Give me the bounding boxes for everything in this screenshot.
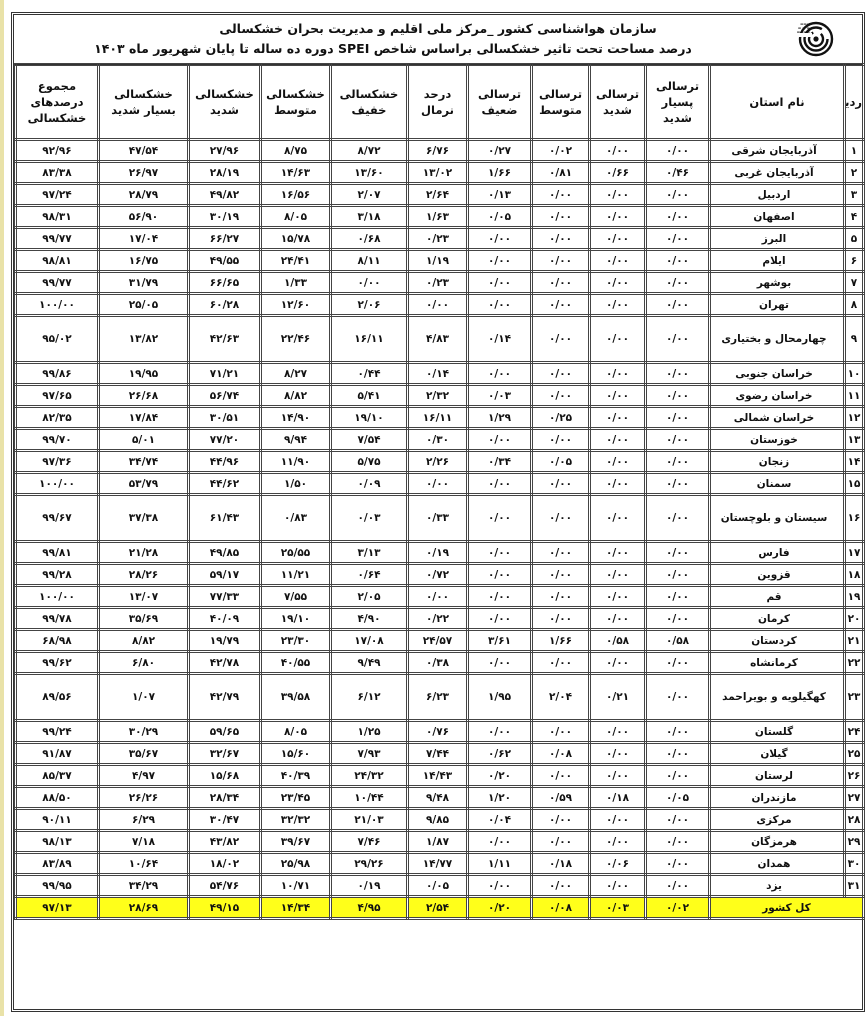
col-moderate-wet-cell: ۰/۰۰ (532, 652, 590, 674)
col-total-drought-cell: ۹۹/۷۷ (16, 272, 99, 294)
col-normal-cell: ۰/۰۰ (408, 586, 468, 608)
col-very-severe-wet-cell: ۰/۰۰ (646, 206, 710, 228)
col-severe-wet-cell: ۰/۰۶ (590, 853, 646, 875)
col-total-drought-cell: ۸۵/۳۷ (16, 765, 99, 787)
table-row: ۱۷فارس۰/۰۰۰/۰۰۰/۰۰۰/۰۰۰/۱۹۳/۱۳۲۵/۵۵۴۹/۸۵… (16, 542, 864, 564)
col-very-severe-drought-cell: ۱۳/۰۷ (99, 586, 189, 608)
col-moderate-drought-cell: ۱۰/۷۱ (261, 875, 331, 897)
province-name: گلستان (710, 721, 845, 743)
col-moderate-wet-cell: ۰/۰۰ (532, 721, 590, 743)
table-row: ۲۷مازندران۰/۰۵۰/۱۸۰/۵۹۱/۲۰۹/۴۸۱۰/۴۴۲۳/۴۵… (16, 787, 864, 809)
col-normal-cell: ۴/۸۳ (408, 316, 468, 363)
col-severe-wet-cell: ۰/۲۱ (590, 674, 646, 721)
col-moderate-wet-cell: ۰/۰۰ (532, 875, 590, 897)
col-moderate-drought-cell: ۳۲/۳۲ (261, 809, 331, 831)
col-total-drought-header: مجموع درصدهای خشکسالی (16, 65, 99, 140)
col-moderate-drought-cell: ۱۱/۹۰ (261, 451, 331, 473)
col-moderate-wet-cell: ۰/۰۰ (532, 206, 590, 228)
col-normal-cell: ۰/۳۳ (408, 495, 468, 542)
col-very-severe-drought-cell: ۴/۹۷ (99, 765, 189, 787)
col-severe-wet-cell: ۰/۰۰ (590, 652, 646, 674)
province-name: گیلان (710, 743, 845, 765)
table-row: ۲۴گلستان۰/۰۰۰/۰۰۰/۰۰۰/۰۰۰/۷۶۱/۲۵۸/۰۵۵۹/۶… (16, 721, 864, 743)
col-very-severe-drought-cell: ۳۷/۳۸ (99, 495, 189, 542)
col-severe-drought-cell: ۳۰/۴۷ (189, 809, 261, 831)
col-severe-drought-cell: ۶۰/۲۸ (189, 294, 261, 316)
col-mild-drought-total-cell: ۴/۹۵ (331, 897, 408, 919)
col-severe-drought-cell: ۵۴/۷۶ (189, 875, 261, 897)
col-mild-drought-cell: ۱۰/۴۴ (331, 787, 408, 809)
col-weak-wet-cell: ۰/۳۴ (468, 451, 532, 473)
col-normal-cell: ۰/۰۵ (408, 875, 468, 897)
col-moderate-wet-cell: ۰/۰۰ (532, 316, 590, 363)
col-very-severe-drought-cell: ۶/۸۰ (99, 652, 189, 674)
col-very-severe-wet-cell: ۰/۰۰ (646, 473, 710, 495)
col-severe-drought-cell: ۲۸/۱۹ (189, 162, 261, 184)
col-mild-drought-cell: ۰/۴۴ (331, 363, 408, 385)
col-very-severe-wet-cell: ۰/۰۰ (646, 451, 710, 473)
col-very-severe-wet-cell: ۰/۰۰ (646, 250, 710, 272)
table-row: ۵البرز۰/۰۰۰/۰۰۰/۰۰۰/۰۰۰/۲۳۰/۶۸۱۵/۷۸۶۶/۲۷… (16, 228, 864, 250)
province-name: کهگیلویه و بویراحمد (710, 674, 845, 721)
col-mild-drought-cell: ۶/۱۲ (331, 674, 408, 721)
col-total-drought-cell: ۹۹/۸۶ (16, 363, 99, 385)
col-severe-wet-cell: ۰/۰۰ (590, 385, 646, 407)
col-moderate-wet-cell: ۰/۰۰ (532, 586, 590, 608)
drought-table: ردیفنام استانترسالی پسیار شدیدترسالی شدی… (14, 63, 865, 920)
row-number: ۱۱ (845, 385, 864, 407)
col-very-severe-drought-cell: ۳۴/۲۹ (99, 875, 189, 897)
col-weak-wet-cell: ۰/۰۰ (468, 652, 532, 674)
province-name: تهران (710, 294, 845, 316)
col-severe-wet-cell: ۰/۰۰ (590, 831, 646, 853)
col-severe-drought-cell: ۴۲/۷۸ (189, 652, 261, 674)
col-normal-cell: ۰/۷۶ (408, 721, 468, 743)
col-total-drought-total-cell: ۹۷/۱۳ (16, 897, 99, 919)
row-number: ۲۶ (845, 765, 864, 787)
col-row-number-header: ردیف (845, 65, 864, 140)
col-very-severe-drought-cell: ۶/۲۹ (99, 809, 189, 831)
organization-title: سازمان هواشناسی کشور _مرکز ملی اقلیم و م… (14, 21, 862, 36)
col-very-severe-drought-cell: ۳۰/۲۹ (99, 721, 189, 743)
col-normal-cell: ۱۴/۷۷ (408, 853, 468, 875)
table-row: ۱۲خراسان شمالی۰/۰۰۰/۰۰۰/۲۵۱/۲۹۱۶/۱۱۱۹/۱۰… (16, 407, 864, 429)
col-total-drought-cell: ۹۲/۹۶ (16, 140, 99, 162)
national-total-row: کل کشور۰/۰۲۰/۰۳۰/۰۸۰/۲۰۲/۵۴۴/۹۵۱۴/۳۴۴۹/۱… (16, 897, 864, 919)
col-very-severe-wet-cell: ۰/۰۰ (646, 542, 710, 564)
row-number: ۲۱ (845, 630, 864, 652)
col-total-drought-cell: ۹۷/۲۴ (16, 184, 99, 206)
col-normal-cell: ۰/۳۰ (408, 429, 468, 451)
col-moderate-wet-cell: ۰/۸۱ (532, 162, 590, 184)
col-normal-cell: ۱۳/۰۲ (408, 162, 468, 184)
report-subtitle: درصد مساحت تحت تاثیر خشکسالی براساس شاخص… (14, 41, 772, 56)
col-moderate-drought-cell: ۱۲/۶۰ (261, 294, 331, 316)
col-mild-drought-cell: ۷/۵۴ (331, 429, 408, 451)
col-very-severe-drought-cell: ۳۴/۷۴ (99, 451, 189, 473)
table-row: ۲۶لرستان۰/۰۰۰/۰۰۰/۰۰۰/۲۰۱۴/۴۳۲۴/۳۲۴۰/۳۹۱… (16, 765, 864, 787)
province-name: خوزستان (710, 429, 845, 451)
col-weak-wet-cell: ۰/۰۰ (468, 250, 532, 272)
col-moderate-wet-cell: ۰/۰۰ (532, 542, 590, 564)
col-moderate-drought-cell: ۸/۸۲ (261, 385, 331, 407)
province-name: مرکزی (710, 809, 845, 831)
col-normal-total-cell: ۲/۵۴ (408, 897, 468, 919)
col-total-drought-cell: ۹۷/۶۵ (16, 385, 99, 407)
col-moderate-drought-cell: ۳۹/۶۷ (261, 831, 331, 853)
col-moderate-drought-cell: ۸/۰۵ (261, 206, 331, 228)
col-severe-wet-cell: ۰/۰۰ (590, 809, 646, 831)
col-severe-drought-cell: ۳۰/۱۹ (189, 206, 261, 228)
table-row: ۱۹قم۰/۰۰۰/۰۰۰/۰۰۰/۰۰۰/۰۰۲/۰۵۷/۵۵۷۷/۳۳۱۳/… (16, 586, 864, 608)
province-name: سیستان و بلوچستان (710, 495, 845, 542)
col-very-severe-drought-cell: ۳۵/۶۷ (99, 743, 189, 765)
col-very-severe-drought-total-cell: ۲۸/۶۹ (99, 897, 189, 919)
row-number: ۱۶ (845, 495, 864, 542)
col-severe-wet-cell: ۰/۰۰ (590, 608, 646, 630)
col-total-drought-cell: ۶۸/۹۸ (16, 630, 99, 652)
col-moderate-wet-cell: ۰/۰۰ (532, 495, 590, 542)
col-severe-drought-cell: ۴۹/۵۵ (189, 250, 261, 272)
province-name: کردستان (710, 630, 845, 652)
col-normal-cell: ۰/۲۲ (408, 608, 468, 630)
col-mild-drought-cell: ۰/۰۳ (331, 495, 408, 542)
col-normal-cell: ۰/۳۸ (408, 652, 468, 674)
table-row: ۹چهارمحال و بختیاری۰/۰۰۰/۰۰۰/۰۰۰/۱۴۴/۸۳۱… (16, 316, 864, 363)
province-name: زنجان (710, 451, 845, 473)
col-normal-cell: ۹/۸۵ (408, 809, 468, 831)
col-weak-wet-cell: ۱/۶۶ (468, 162, 532, 184)
col-weak-wet-cell: ۰/۰۰ (468, 473, 532, 495)
col-weak-wet-cell: ۰/۶۲ (468, 743, 532, 765)
table-row: ۱۴زنجان۰/۰۰۰/۰۰۰/۰۵۰/۳۴۲/۲۶۵/۷۵۱۱/۹۰۴۴/۹… (16, 451, 864, 473)
col-very-severe-drought-cell: ۱۰/۶۴ (99, 853, 189, 875)
table-row: ۲۳کهگیلویه و بویراحمد۰/۰۰۰/۲۱۲/۰۴۱/۹۵۶/۲… (16, 674, 864, 721)
col-mild-drought-cell: ۰/۰۹ (331, 473, 408, 495)
table-row: ۶ایلام۰/۰۰۰/۰۰۰/۰۰۰/۰۰۱/۱۹۸/۱۱۲۴/۴۱۴۹/۵۵… (16, 250, 864, 272)
table-row: ۲۰کرمان۰/۰۰۰/۰۰۰/۰۰۰/۰۰۰/۲۲۴/۹۰۱۹/۱۰۴۰/۰… (16, 608, 864, 630)
col-moderate-drought-cell: ۲۴/۴۱ (261, 250, 331, 272)
province-name: ایلام (710, 250, 845, 272)
table-row: ۱۵سمنان۰/۰۰۰/۰۰۰/۰۰۰/۰۰۰/۰۰۰/۰۹۱/۵۰۴۴/۶۲… (16, 473, 864, 495)
col-normal-cell: ۰/۱۹ (408, 542, 468, 564)
col-total-drought-cell: ۱۰۰/۰۰ (16, 586, 99, 608)
col-moderate-drought-cell: ۱/۳۳ (261, 272, 331, 294)
col-severe-drought-total-cell: ۴۹/۱۵ (189, 897, 261, 919)
col-severe-wet-cell: ۰/۰۰ (590, 140, 646, 162)
row-number: ۲۰ (845, 608, 864, 630)
col-total-drought-cell: ۹۱/۸۷ (16, 743, 99, 765)
province-name: لرستان (710, 765, 845, 787)
col-very-severe-wet-cell: ۰/۰۰ (646, 831, 710, 853)
col-very-severe-drought-cell: ۱۹/۹۵ (99, 363, 189, 385)
col-normal-cell: ۰/۱۴ (408, 363, 468, 385)
col-weak-wet-cell: ۰/۰۰ (468, 495, 532, 542)
col-moderate-drought-cell: ۱۴/۹۰ (261, 407, 331, 429)
col-very-severe-wet-cell: ۰/۰۰ (646, 674, 710, 721)
province-name: هرمزگان (710, 831, 845, 853)
col-mild-drought-cell: ۲۱/۰۳ (331, 809, 408, 831)
col-normal-cell: ۲/۳۲ (408, 385, 468, 407)
col-total-drought-cell: ۸۲/۳۵ (16, 407, 99, 429)
col-moderate-drought-total-cell: ۱۴/۳۴ (261, 897, 331, 919)
col-total-drought-cell: ۹۹/۶۷ (16, 495, 99, 542)
col-very-severe-drought-header: خشکسالی بسیار شدید (99, 65, 189, 140)
province-name: خراسان شمالی (710, 407, 845, 429)
col-very-severe-drought-cell: ۲۵/۰۵ (99, 294, 189, 316)
table-row: ۷بوشهر۰/۰۰۰/۰۰۰/۰۰۰/۰۰۰/۲۳۰/۰۰۱/۳۳۶۶/۶۵۳… (16, 272, 864, 294)
col-severe-drought-cell: ۲۸/۳۴ (189, 787, 261, 809)
col-mild-drought-cell: ۲/۰۵ (331, 586, 408, 608)
col-weak-wet-cell: ۱/۲۹ (468, 407, 532, 429)
col-moderate-wet-cell: ۰/۵۹ (532, 787, 590, 809)
col-total-drought-cell: ۸۳/۳۸ (16, 162, 99, 184)
col-weak-wet-cell: ۱/۲۰ (468, 787, 532, 809)
col-normal-cell: ۷/۴۴ (408, 743, 468, 765)
col-moderate-drought-cell: ۱۹/۱۰ (261, 608, 331, 630)
col-normal-cell: ۱۶/۱۱ (408, 407, 468, 429)
col-moderate-wet-cell: ۱/۶۶ (532, 630, 590, 652)
col-severe-wet-cell: ۰/۰۰ (590, 407, 646, 429)
col-mild-drought-cell: ۵/۷۵ (331, 451, 408, 473)
col-severe-drought-cell: ۴۴/۹۶ (189, 451, 261, 473)
table-header-row: ردیفنام استانترسالی پسیار شدیدترسالی شدی… (16, 65, 864, 140)
row-number: ۷ (845, 272, 864, 294)
col-severe-wet-cell: ۰/۰۰ (590, 250, 646, 272)
col-weak-wet-total-cell: ۰/۲۰ (468, 897, 532, 919)
col-severe-wet-cell: ۰/۰۰ (590, 228, 646, 250)
col-normal-cell: ۲/۲۶ (408, 451, 468, 473)
col-very-severe-drought-cell: ۲۶/۹۷ (99, 162, 189, 184)
province-name: البرز (710, 228, 845, 250)
row-number: ۱۸ (845, 564, 864, 586)
province-name: خراسان جنوبی (710, 363, 845, 385)
col-severe-wet-cell: ۰/۱۸ (590, 787, 646, 809)
col-severe-drought-cell: ۶۶/۶۵ (189, 272, 261, 294)
col-moderate-wet-cell: ۰/۰۰ (532, 184, 590, 206)
col-mild-drought-cell: ۰/۶۴ (331, 564, 408, 586)
col-very-severe-wet-cell: ۰/۰۰ (646, 272, 710, 294)
col-weak-wet-cell: ۰/۱۳ (468, 184, 532, 206)
col-severe-drought-cell: ۷۱/۲۱ (189, 363, 261, 385)
col-mild-drought-cell: ۳/۱۳ (331, 542, 408, 564)
col-mild-drought-cell: ۸/۷۲ (331, 140, 408, 162)
col-normal-cell: ۰/۷۲ (408, 564, 468, 586)
col-normal-cell: ۰/۲۳ (408, 228, 468, 250)
col-normal-cell: ۶/۲۳ (408, 674, 468, 721)
col-moderate-wet-cell: ۰/۱۸ (532, 853, 590, 875)
row-number: ۱۵ (845, 473, 864, 495)
col-mild-drought-cell: ۸/۱۱ (331, 250, 408, 272)
col-very-severe-wet-cell: ۰/۰۰ (646, 608, 710, 630)
col-moderate-wet-cell: ۰/۰۰ (532, 473, 590, 495)
col-mild-drought-cell: ۲۴/۳۲ (331, 765, 408, 787)
col-mild-drought-cell: ۱۹/۱۰ (331, 407, 408, 429)
row-number: ۳۱ (845, 875, 864, 897)
col-total-drought-cell: ۹۰/۱۱ (16, 809, 99, 831)
col-very-severe-drought-cell: ۴۷/۵۴ (99, 140, 189, 162)
col-mild-drought-cell: ۳/۱۸ (331, 206, 408, 228)
col-very-severe-wet-cell: ۰/۰۰ (646, 809, 710, 831)
col-weak-wet-cell: ۳/۶۱ (468, 630, 532, 652)
col-moderate-wet-cell: ۲/۰۴ (532, 674, 590, 721)
col-normal-cell: ۰/۰۰ (408, 294, 468, 316)
col-severe-drought-cell: ۴۰/۰۹ (189, 608, 261, 630)
col-moderate-drought-cell: ۱/۵۰ (261, 473, 331, 495)
col-weak-wet-cell: ۰/۰۴ (468, 809, 532, 831)
table-row: ۱۸قزوین۰/۰۰۰/۰۰۰/۰۰۰/۰۰۰/۷۲۰/۶۴۱۱/۲۱۵۹/۱… (16, 564, 864, 586)
row-number: ۱۳ (845, 429, 864, 451)
col-severe-wet-cell: ۰/۵۸ (590, 630, 646, 652)
col-moderate-wet-cell: ۰/۰۰ (532, 765, 590, 787)
col-weak-wet-cell: ۰/۰۰ (468, 294, 532, 316)
col-severe-wet-cell: ۰/۰۰ (590, 586, 646, 608)
col-severe-drought-cell: ۲۷/۹۶ (189, 140, 261, 162)
table-row: ۴اصفهان۰/۰۰۰/۰۰۰/۰۰۰/۰۵۱/۶۳۳/۱۸۸/۰۵۳۰/۱۹… (16, 206, 864, 228)
col-mild-drought-cell: ۱۷/۰۸ (331, 630, 408, 652)
col-severe-wet-cell: ۰/۰۰ (590, 429, 646, 451)
col-very-severe-wet-cell: ۰/۰۰ (646, 385, 710, 407)
col-very-severe-drought-cell: ۱۳/۸۲ (99, 316, 189, 363)
col-total-drought-cell: ۹۸/۱۳ (16, 831, 99, 853)
col-very-severe-wet-cell: ۰/۰۵ (646, 787, 710, 809)
col-mild-drought-cell: ۰/۶۸ (331, 228, 408, 250)
table-row: ۱آذربایجان شرقی۰/۰۰۰/۰۰۰/۰۲۰/۲۷۶/۷۶۸/۷۲۸… (16, 140, 864, 162)
spiral-logo-icon (798, 21, 834, 57)
col-moderate-drought-cell: ۱۵/۷۸ (261, 228, 331, 250)
col-weak-wet-cell: ۱/۱۱ (468, 853, 532, 875)
province-name: قم (710, 586, 845, 608)
col-very-severe-drought-cell: ۵/۰۱ (99, 429, 189, 451)
col-severe-wet-cell: ۰/۶۶ (590, 162, 646, 184)
national-total-label: کل کشور (710, 897, 864, 919)
col-moderate-drought-cell: ۲۵/۹۸ (261, 853, 331, 875)
col-weak-wet-cell: ۰/۰۰ (468, 429, 532, 451)
table-row: ۱۳خوزستان۰/۰۰۰/۰۰۰/۰۰۰/۰۰۰/۳۰۷/۵۴۹/۹۴۷۷/… (16, 429, 864, 451)
col-weak-wet-cell: ۰/۰۰ (468, 721, 532, 743)
col-moderate-wet-cell: ۰/۰۲ (532, 140, 590, 162)
col-very-severe-drought-cell: ۱۶/۷۵ (99, 250, 189, 272)
col-moderate-drought-cell: ۱۴/۶۳ (261, 162, 331, 184)
col-severe-wet-cell: ۰/۰۰ (590, 451, 646, 473)
col-very-severe-wet-cell: ۰/۰۰ (646, 721, 710, 743)
col-severe-wet-cell: ۰/۰۰ (590, 316, 646, 363)
row-number: ۳۰ (845, 853, 864, 875)
table-row: ۳۰همدان۰/۰۰۰/۰۶۰/۱۸۱/۱۱۱۴/۷۷۲۹/۲۶۲۵/۹۸۱۸… (16, 853, 864, 875)
col-very-severe-wet-header: ترسالی پسیار شدید (646, 65, 710, 140)
table-row: ۲آذربایجان غربی۰/۴۶۰/۶۶۰/۸۱۱/۶۶۱۳/۰۲۱۳/۶… (16, 162, 864, 184)
col-moderate-drought-cell: ۱۱/۲۱ (261, 564, 331, 586)
col-severe-drought-cell: ۴۲/۷۹ (189, 674, 261, 721)
row-number: ۲۹ (845, 831, 864, 853)
col-very-severe-drought-cell: ۳۱/۷۹ (99, 272, 189, 294)
col-weak-wet-cell: ۰/۰۰ (468, 564, 532, 586)
table-row: ۲۹هرمزگان۰/۰۰۰/۰۰۰/۰۰۰/۰۰۱/۸۷۷/۴۶۳۹/۶۷۴۳… (16, 831, 864, 853)
col-moderate-drought-cell: ۲۵/۵۵ (261, 542, 331, 564)
col-very-severe-wet-total-cell: ۰/۰۲ (646, 897, 710, 919)
col-moderate-wet-header: ترسالی متوسط (532, 65, 590, 140)
col-severe-drought-cell: ۳۰/۵۱ (189, 407, 261, 429)
col-severe-drought-cell: ۱۵/۶۸ (189, 765, 261, 787)
col-normal-cell: ۱/۱۹ (408, 250, 468, 272)
col-very-severe-wet-cell: ۰/۰۰ (646, 743, 710, 765)
province-name: کرمان (710, 608, 845, 630)
col-moderate-wet-cell: ۰/۰۵ (532, 451, 590, 473)
col-very-severe-wet-cell: ۰/۴۶ (646, 162, 710, 184)
col-moderate-wet-cell: ۰/۰۰ (532, 228, 590, 250)
col-very-severe-drought-cell: ۱/۰۷ (99, 674, 189, 721)
row-number: ۲۸ (845, 809, 864, 831)
col-mild-drought-cell: ۷/۹۳ (331, 743, 408, 765)
col-weak-wet-cell: ۰/۰۵ (468, 206, 532, 228)
table-row: ۲۸مرکزی۰/۰۰۰/۰۰۰/۰۰۰/۰۴۹/۸۵۲۱/۰۳۳۲/۳۲۳۰/… (16, 809, 864, 831)
col-weak-wet-cell: ۰/۰۰ (468, 228, 532, 250)
col-severe-drought-cell: ۷۷/۳۳ (189, 586, 261, 608)
col-very-severe-drought-cell: ۸/۸۲ (99, 630, 189, 652)
col-severe-wet-cell: ۰/۰۰ (590, 294, 646, 316)
col-severe-wet-cell: ۰/۰۰ (590, 473, 646, 495)
col-weak-wet-header: ترسالی ضعیف (468, 65, 532, 140)
province-name: یزد (710, 875, 845, 897)
col-moderate-drought-header: خشکسالی متوسط (261, 65, 331, 140)
col-severe-wet-cell: ۰/۰۰ (590, 542, 646, 564)
col-mild-drought-cell: ۲/۰۷ (331, 184, 408, 206)
row-number: ۴ (845, 206, 864, 228)
col-normal-cell: ۰/۰۰ (408, 473, 468, 495)
col-mild-drought-cell: ۱/۲۵ (331, 721, 408, 743)
col-moderate-wet-cell: ۰/۰۸ (532, 743, 590, 765)
table-row: ۱۰خراسان جنوبی۰/۰۰۰/۰۰۰/۰۰۰/۰۰۰/۱۴۰/۴۴۸/… (16, 363, 864, 385)
col-severe-wet-cell: ۰/۰۰ (590, 206, 646, 228)
col-moderate-wet-total-cell: ۰/۰۸ (532, 897, 590, 919)
table-row: ۳اردبیل۰/۰۰۰/۰۰۰/۰۰۰/۱۳۲/۶۴۲/۰۷۱۶/۵۶۴۹/۸… (16, 184, 864, 206)
row-number: ۱۲ (845, 407, 864, 429)
col-moderate-drought-cell: ۷/۵۵ (261, 586, 331, 608)
col-severe-wet-cell: ۰/۰۰ (590, 495, 646, 542)
row-number: ۳ (845, 184, 864, 206)
col-province-header: نام استان (710, 65, 845, 140)
row-number: ۱۰ (845, 363, 864, 385)
col-moderate-wet-cell: ۰/۰۰ (532, 564, 590, 586)
province-name: کرمانشاه (710, 652, 845, 674)
col-severe-drought-cell: ۵۶/۷۴ (189, 385, 261, 407)
col-very-severe-wet-cell: ۰/۰۰ (646, 316, 710, 363)
province-name: اردبیل (710, 184, 845, 206)
col-moderate-wet-cell: ۰/۰۰ (532, 429, 590, 451)
row-number: ۱ (845, 140, 864, 162)
col-mild-drought-cell: ۲/۰۶ (331, 294, 408, 316)
col-moderate-wet-cell: ۰/۰۰ (532, 294, 590, 316)
col-severe-drought-cell: ۴۴/۶۲ (189, 473, 261, 495)
col-severe-drought-cell: ۴۳/۸۲ (189, 831, 261, 853)
col-very-severe-drought-cell: ۵۳/۷۹ (99, 473, 189, 495)
col-severe-wet-cell: ۰/۰۰ (590, 721, 646, 743)
row-number: ۲۵ (845, 743, 864, 765)
col-severe-drought-cell: ۳۲/۶۷ (189, 743, 261, 765)
col-total-drought-cell: ۱۰۰/۰۰ (16, 294, 99, 316)
col-moderate-wet-cell: ۰/۰۰ (532, 608, 590, 630)
col-total-drought-cell: ۹۷/۳۶ (16, 451, 99, 473)
table-row: ۱۱خراسان رضوی۰/۰۰۰/۰۰۰/۰۰۰/۰۳۲/۳۲۵/۴۱۸/۸… (16, 385, 864, 407)
col-total-drought-cell: ۹۹/۲۸ (16, 564, 99, 586)
col-severe-drought-cell: ۶۱/۴۳ (189, 495, 261, 542)
province-name: همدان (710, 853, 845, 875)
col-moderate-drought-cell: ۸/۷۵ (261, 140, 331, 162)
col-moderate-drought-cell: ۴۰/۵۵ (261, 652, 331, 674)
col-moderate-drought-cell: ۲۳/۳۰ (261, 630, 331, 652)
col-severe-drought-cell: ۵۹/۶۵ (189, 721, 261, 743)
col-severe-wet-header: ترسالی شدید (590, 65, 646, 140)
